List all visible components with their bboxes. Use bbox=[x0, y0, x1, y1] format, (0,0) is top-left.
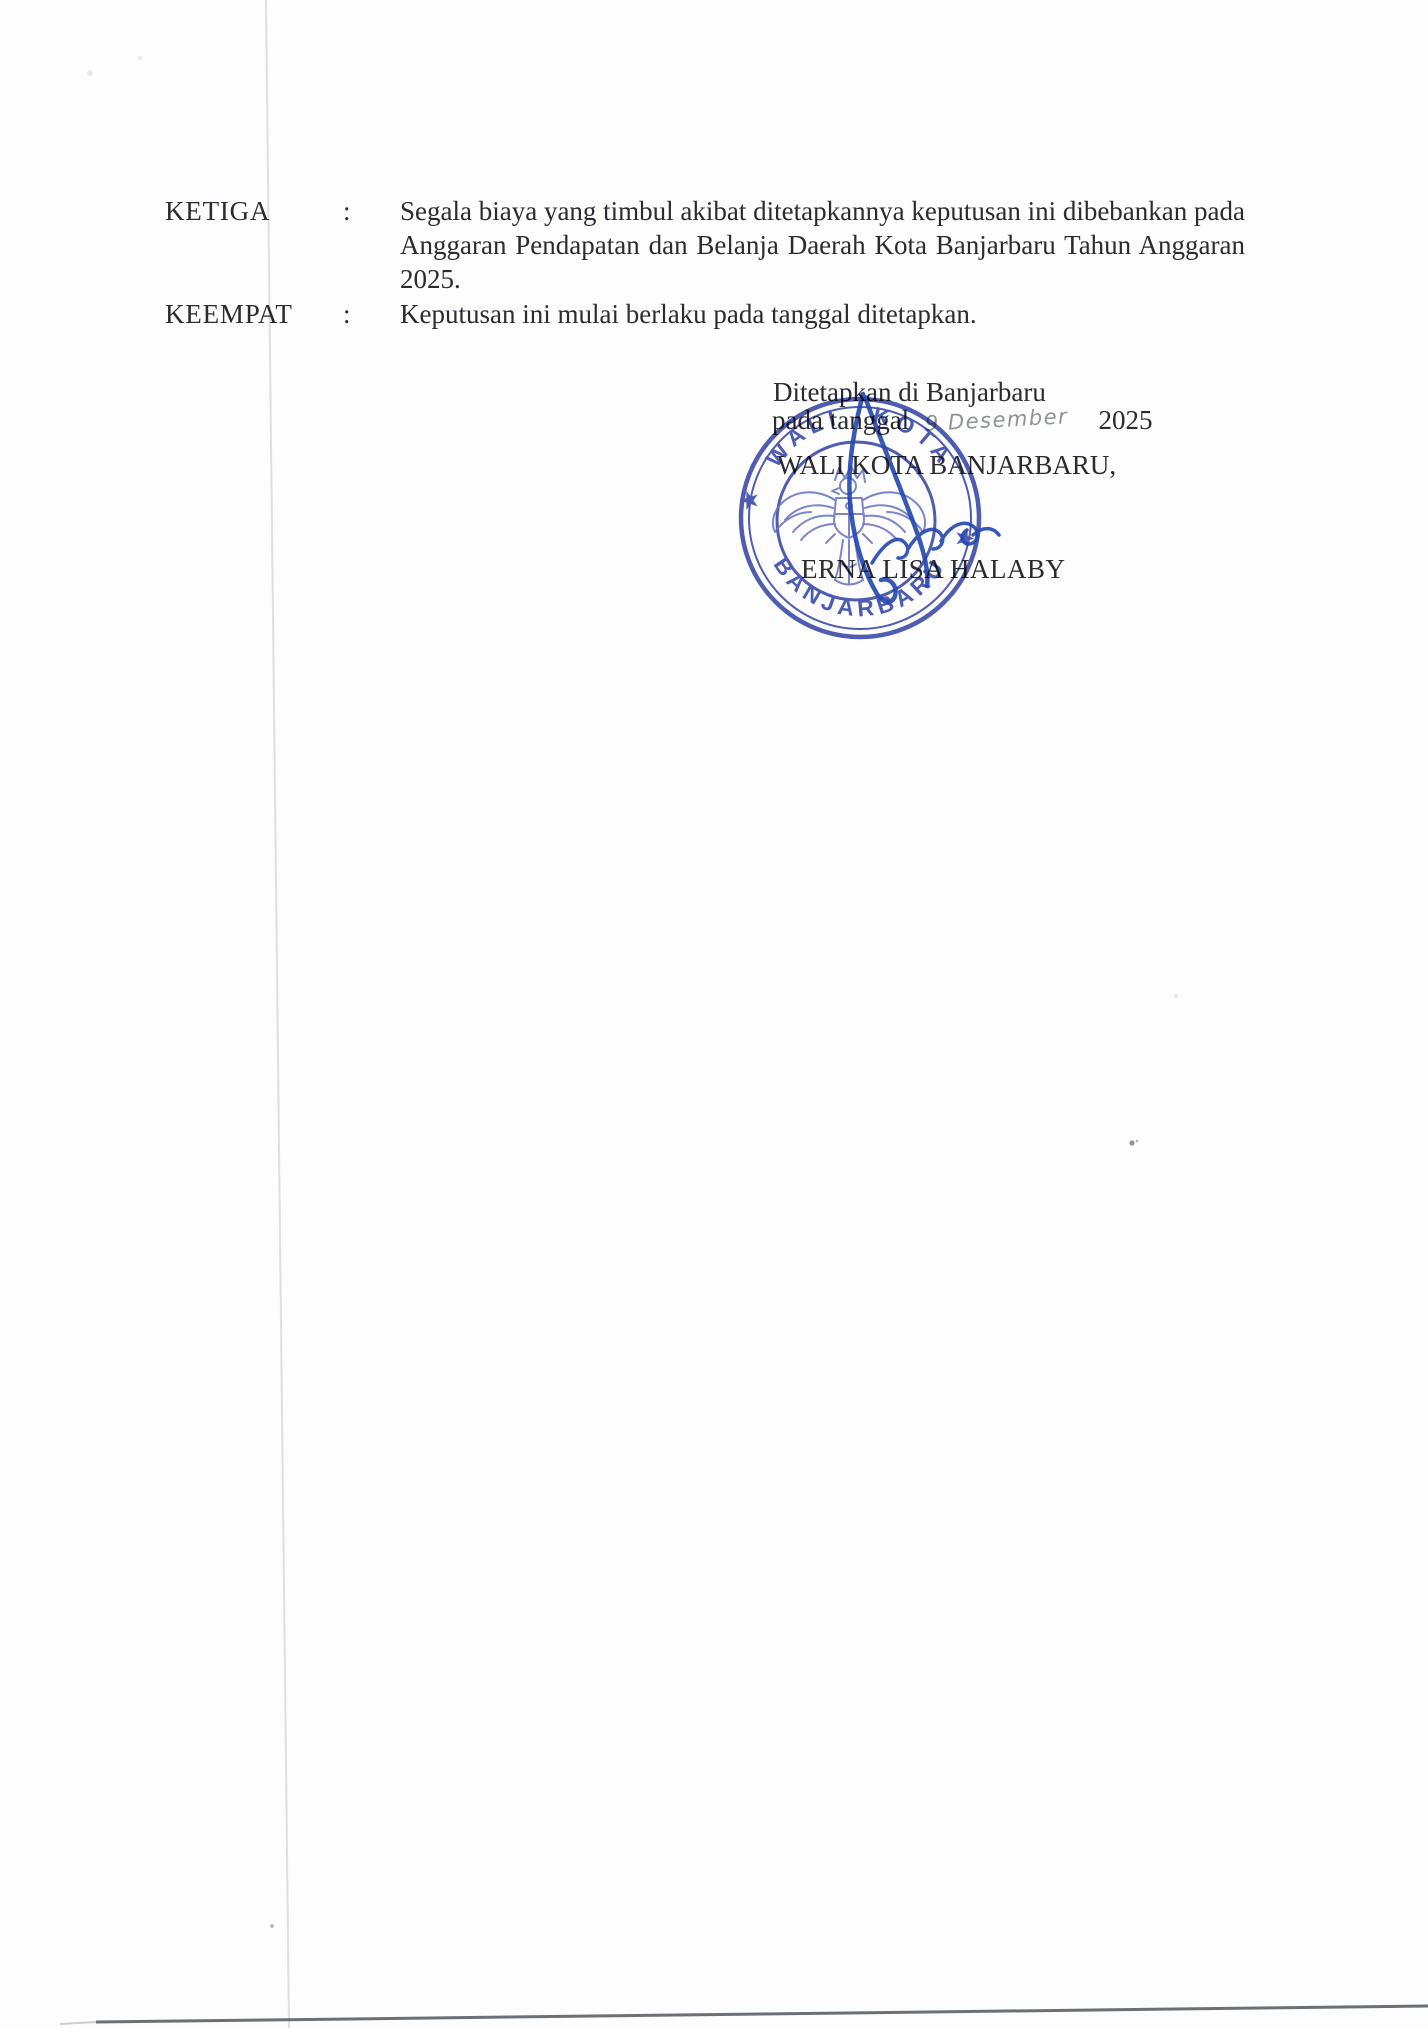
year-text: 2025 bbox=[1099, 405, 1153, 435]
stamp-right-star-icon: ★ bbox=[949, 521, 979, 556]
clause-label: KETIGA bbox=[165, 194, 343, 228]
closing-date-line: pada tanggal 9 Desember 2025 bbox=[772, 405, 1153, 437]
handwritten-date: 9 Desember bbox=[924, 401, 1069, 438]
signatory-name: ERNA LISA HALABY bbox=[801, 554, 1066, 584]
closing-place-line: Ditetapkan di Banjarbaru bbox=[773, 377, 1046, 407]
clause-separator: : bbox=[343, 194, 400, 228]
clause-body-text: Keputusan ini mulai berlaku pada tanggal… bbox=[400, 297, 1245, 331]
scanned-decree-page: KETIGA : Segala biaya yang timbul akibat… bbox=[0, 0, 1428, 2028]
clause-row-ketiga: KETIGA : Segala biaya yang timbul akibat… bbox=[165, 194, 1245, 296]
signatory-title: WALI KOTA BANJARBARU, bbox=[777, 450, 1116, 480]
clause-body-text: Segala biaya yang timbul akibat ditetapk… bbox=[400, 194, 1245, 296]
stamp-left-star-icon: ★ bbox=[734, 483, 764, 518]
clause-separator: : bbox=[343, 297, 400, 331]
clause-label: KEEMPAT bbox=[165, 297, 343, 331]
scan-specks bbox=[87, 56, 1178, 1929]
date-label: pada tanggal bbox=[772, 405, 909, 435]
clause-row-keempat: KEEMPAT : Keputusan ini mulai berlaku pa… bbox=[165, 297, 1245, 331]
page-bottom-edge bbox=[60, 2006, 1428, 2024]
